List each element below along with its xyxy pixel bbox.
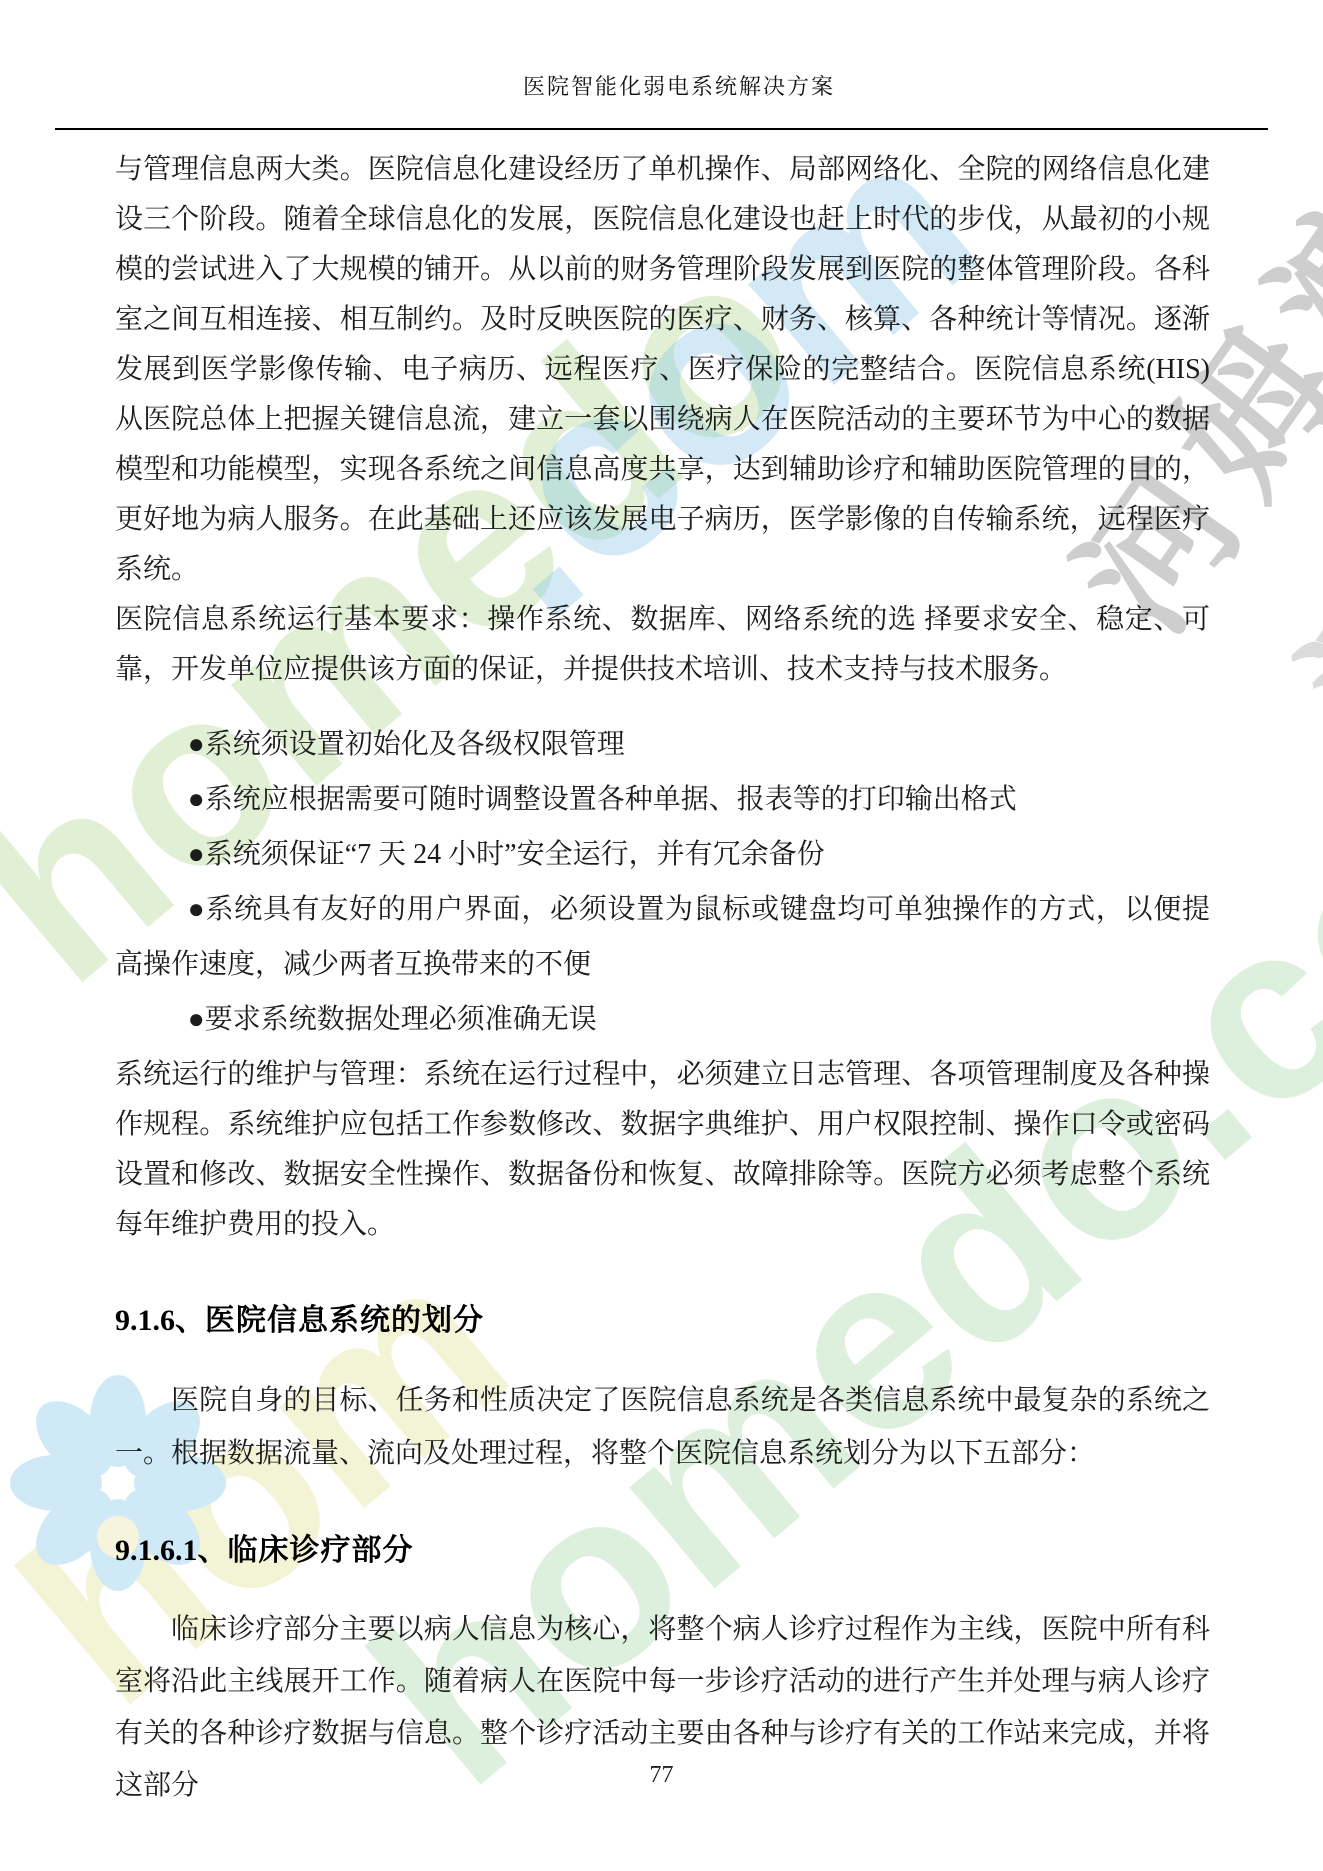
bullet-icon: ●	[188, 839, 205, 870]
bullet-icon: ●	[188, 894, 206, 925]
content-layer: 医院智能化弱电系统解决方案 与管理信息两大类。医院信息化建设经历了单机操作、局部…	[0, 0, 1323, 1871]
bullet-text: 系统应根据需要可随时调整设置各种单据、报表等的打印输出格式	[205, 784, 1017, 815]
section-heading-916: 9.1.6、医院信息系统的划分	[115, 1298, 1210, 1344]
bullet-text: 系统具有友好的用户界面，必须设置为鼠标或键盘均可单独操作的方式，以便提高操作速度…	[115, 894, 1210, 980]
header-divider	[55, 128, 1268, 130]
section-number: 9.1.6.1、	[115, 1534, 228, 1567]
section-heading-9161: 9.1.6.1、临床诊疗部分	[115, 1528, 1210, 1574]
document-page: homedo .com homedo.com hom 河姆渡 河姆渡 医院智能化…	[0, 0, 1323, 1871]
section-title: 临床诊疗部分	[228, 1534, 414, 1567]
list-item: ●要求系统数据处理必须准确无误	[115, 992, 1210, 1047]
requirements-bullet-list: ●系统须设置初始化及各级权限管理 ●系统应根据需要可随时调整设置各种单据、报表等…	[115, 717, 1210, 1047]
bullet-icon: ●	[188, 1004, 205, 1035]
list-item: ●系统须保证“7 天 24 小时”安全运行，并有冗余备份	[115, 827, 1210, 882]
list-item: ●系统具有友好的用户界面，必须设置为鼠标或键盘均可单独操作的方式，以便提高操作速…	[115, 882, 1210, 992]
bullet-icon: ●	[188, 784, 205, 815]
page-number: 77	[0, 1762, 1323, 1789]
bullet-text: 要求系统数据处理必须准确无误	[205, 1004, 597, 1035]
paragraph-maintenance-management: 系统运行的维护与管理：系统在运行过程中，必须建立日志管理、各项管理制度及各种操作…	[115, 1050, 1210, 1250]
paragraph-basic-requirements: 医院信息系统运行基本要求：操作系统、数据库、网络系统的选 择要求安全、稳定、可靠…	[115, 595, 1210, 695]
bullet-text: 系统须设置初始化及各级权限管理	[205, 729, 625, 760]
body-text-column: 与管理信息两大类。医院信息化建设经历了单机操作、局部网络化、全院的网络信息化建设…	[115, 145, 1210, 1812]
bullet-text: 系统须保证“7 天 24 小时”安全运行，并有冗余备份	[205, 839, 825, 870]
list-item: ●系统须设置初始化及各级权限管理	[115, 717, 1210, 772]
paragraph-his-overview: 与管理信息两大类。医院信息化建设经历了单机操作、局部网络化、全院的网络信息化建设…	[115, 145, 1210, 595]
bullet-icon: ●	[188, 729, 205, 760]
page-header-title: 医院智能化弱电系统解决方案	[0, 70, 1323, 101]
section-number: 9.1.6、	[115, 1304, 205, 1337]
paragraph-his-division: 医院自身的目标、任务和性质决定了医院信息系统是各类信息系统中最复杂的系统之一。根…	[115, 1374, 1210, 1480]
section-title: 医院信息系统的划分	[205, 1304, 484, 1337]
list-item: ●系统应根据需要可随时调整设置各种单据、报表等的打印输出格式	[115, 772, 1210, 827]
